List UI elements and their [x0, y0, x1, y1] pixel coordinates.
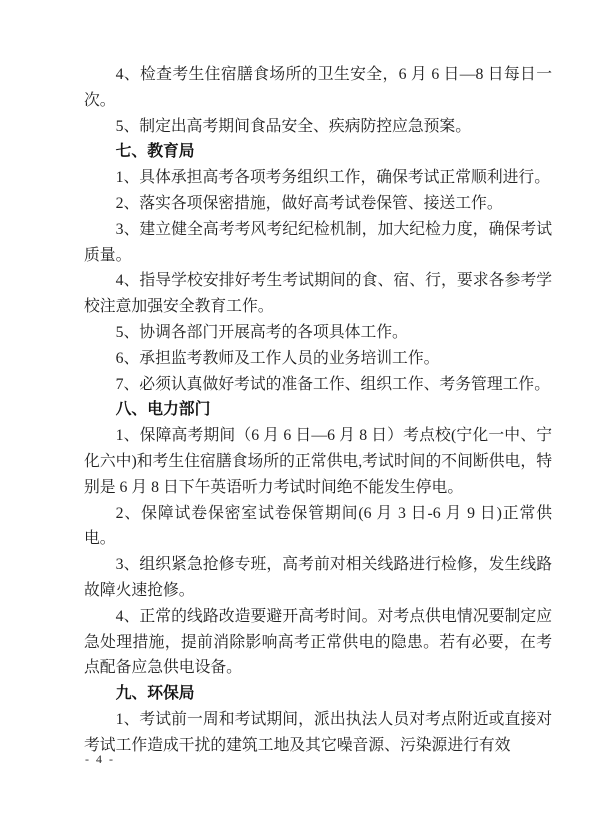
paragraph: 1、具体承担高考各项考务组织工作，确保考试正常顺利进行。 — [84, 165, 552, 191]
paragraph: 6、承担监考教师及工作人员的业务培训工作。 — [84, 346, 552, 372]
paragraph: 2、保障试卷保密室试卷保管期间(6 月 3 日-6 月 9 日)正常供电。 — [84, 501, 552, 553]
section-heading: 八、电力部门 — [84, 397, 552, 423]
paragraph: 4、检查考生住宿膳食场所的卫生安全，6 月 6 日—8 日每日一次。 — [84, 62, 552, 114]
paragraph: 2、落实各项保密措施，做好高考试卷保管、接送工作。 — [84, 191, 552, 217]
section-heading: 七、教育局 — [84, 139, 552, 165]
paragraph: 7、必须认真做好考试的准备工作、组织工作、考务管理工作。 — [84, 372, 552, 398]
section-heading: 九、环保局 — [84, 681, 552, 707]
paragraph: 3、建立健全高考考风考纪纪检机制，加大纪检力度，确保考试质量。 — [84, 217, 552, 269]
paragraph: 3、组织紧急抢修专班，高考前对相关线路进行检修，发生线路故障火速抢修。 — [84, 552, 552, 604]
paragraph: 1、考试前一周和考试期间，派出执法人员对考点附近或直接对考试工作造成干扰的建筑工… — [84, 707, 552, 759]
paragraph: 4、指导学校安排好考生考试期间的食、宿、行，要求各参考学校注意加强安全教育工作。 — [84, 268, 552, 320]
page-number: - 4 - — [85, 752, 115, 767]
paragraph: 1、保障高考期间（6 月 6 日—6 月 8 日）考点校(宁化一中、宁化六中)和… — [84, 423, 552, 500]
paragraph: 5、协调各部门开展高考的各项具体工作。 — [84, 320, 552, 346]
document-page: 4、检查考生住宿膳食场所的卫生安全，6 月 6 日—8 日每日一次。5、制定出高… — [0, 0, 592, 839]
paragraph: 5、制定出高考期间食品安全、疾病防控应急预案。 — [84, 114, 552, 140]
document-body: 4、检查考生住宿膳食场所的卫生安全，6 月 6 日—8 日每日一次。5、制定出高… — [84, 62, 552, 759]
paragraph: 4、正常的线路改造要避开高考时间。对考点供电情况要制定应急处理措施，提前消除影响… — [84, 604, 552, 681]
